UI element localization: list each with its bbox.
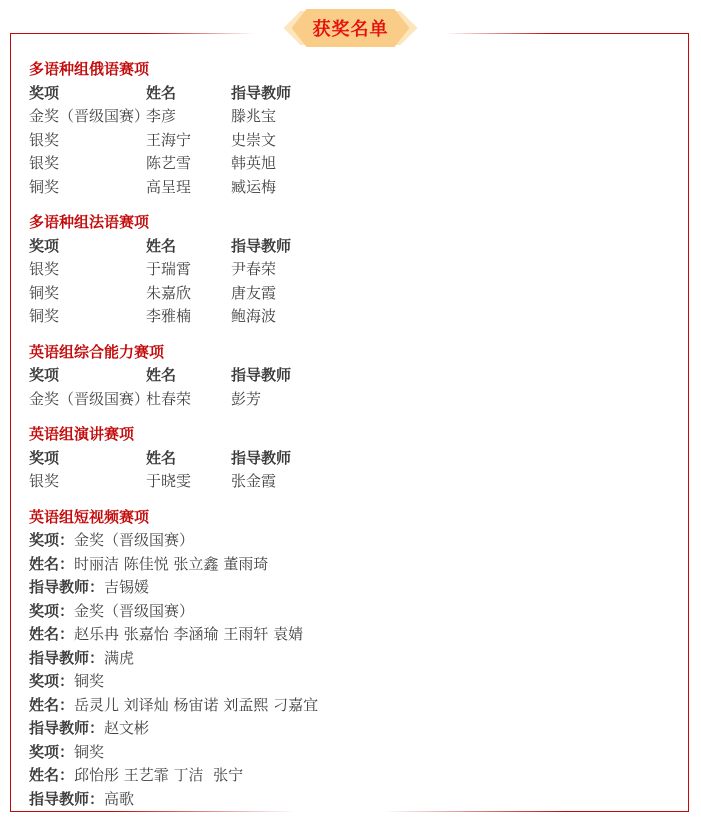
award-section-list: 英语组短视频赛项奖项：金奖（晋级国赛）姓名：时丽洁 陈佳悦 张立鑫 董雨琦指导教… (29, 506, 670, 812)
teacher-cell: 滕兆宝 (231, 105, 670, 129)
entry-line: 奖项：铜奖 (29, 741, 670, 765)
entry-value: 高歌 (104, 790, 134, 808)
table-row: 银奖陈艺雪韩英旭 (29, 152, 670, 176)
name-cell: 王海宁 (146, 129, 231, 153)
teacher-cell: 韩英旭 (231, 152, 670, 176)
section-title: 英语组演讲赛项 (29, 423, 670, 447)
name-cell: 杜春荣 (146, 388, 231, 412)
section-title: 英语组综合能力赛项 (29, 341, 670, 365)
entry-label: 指导教师： (29, 790, 104, 808)
award-cell: 金奖（晋级国赛） (29, 388, 146, 412)
entry-label: 姓名： (29, 696, 74, 714)
teacher-cell: 史崇文 (231, 129, 670, 153)
entry-value: 吉锡媛 (104, 578, 149, 596)
entry-line: 指导教师：满虎 (29, 647, 670, 671)
entry-line: 奖项：金奖（晋级国赛） (29, 600, 670, 624)
entry-label: 奖项： (29, 531, 74, 549)
entry-value: 金奖（晋级国赛） (74, 531, 194, 549)
teacher-cell: 唐友霞 (231, 282, 670, 306)
award-cell: 银奖 (29, 129, 146, 153)
entry-label: 指导教师： (29, 649, 104, 667)
table-header-row: 奖项姓名指导教师 (29, 82, 670, 106)
table-header-row: 奖项姓名指导教师 (29, 447, 670, 471)
award-cell: 铜奖 (29, 282, 146, 306)
badge-title: 获奖名单 (313, 15, 389, 41)
award-cell: 铜奖 (29, 176, 146, 200)
entry-line: 姓名：时丽洁 陈佳悦 张立鑫 董雨琦 (29, 553, 670, 577)
column-header-name: 姓名 (146, 82, 231, 106)
award-section: 英语组演讲赛项奖项姓名指导教师银奖于晓雯张金霞 (29, 423, 670, 494)
award-cell: 银奖 (29, 470, 146, 494)
table-header-row: 奖项姓名指导教师 (29, 235, 670, 259)
column-header-award: 奖项 (29, 82, 146, 106)
column-header-award: 奖项 (29, 235, 146, 259)
name-cell: 高呈珵 (146, 176, 231, 200)
entry-line: 姓名：岳灵儿 刘译灿 杨宙诺 刘孟熙 刁嘉宜 (29, 694, 670, 718)
teacher-cell: 鲍海波 (231, 305, 670, 329)
section-title: 英语组短视频赛项 (29, 506, 670, 530)
entry-value: 满虎 (104, 649, 134, 667)
entry-value: 时丽洁 陈佳悦 张立鑫 董雨琦 (74, 555, 268, 573)
column-header-name: 姓名 (146, 235, 231, 259)
name-cell: 于瑞霄 (146, 258, 231, 282)
table-row: 银奖王海宁史崇文 (29, 129, 670, 153)
table-header-row: 奖项姓名指导教师 (29, 364, 670, 388)
entry-label: 姓名： (29, 625, 74, 643)
entry-label: 奖项： (29, 672, 74, 690)
teacher-cell: 臧运梅 (231, 176, 670, 200)
entry-value: 邱怡彤 王艺霏 丁洁 张宁 (74, 766, 243, 784)
entry-value: 金奖（晋级国赛） (74, 602, 194, 620)
award-section: 多语种组法语赛项奖项姓名指导教师银奖于瑞霄尹春荣铜奖朱嘉欣唐友霞铜奖李雅楠鲍海波 (29, 211, 670, 329)
column-header-teacher: 指导教师 (231, 82, 670, 106)
name-cell: 陈艺雪 (146, 152, 231, 176)
name-cell: 李雅楠 (146, 305, 231, 329)
award-section: 多语种组俄语赛项奖项姓名指导教师金奖（晋级国赛）李彦滕兆宝银奖王海宁史崇文银奖陈… (29, 58, 670, 199)
entry-label: 姓名： (29, 555, 74, 573)
award-cell: 银奖 (29, 258, 146, 282)
entry-value: 岳灵儿 刘译灿 杨宙诺 刘孟熙 刁嘉宜 (74, 696, 318, 714)
entry-value: 赵文彬 (104, 719, 149, 737)
entry-value: 铜奖 (74, 672, 104, 690)
table-row: 银奖于晓雯张金霞 (29, 470, 670, 494)
award-list-content: 多语种组俄语赛项奖项姓名指导教师金奖（晋级国赛）李彦滕兆宝银奖王海宁史崇文银奖陈… (11, 33, 688, 811)
award-announcement-page: 获奖名单 多语种组俄语赛项奖项姓名指导教师金奖（晋级国赛）李彦滕兆宝银奖王海宁史… (0, 0, 701, 825)
table-row: 铜奖高呈珵臧运梅 (29, 176, 670, 200)
table-row: 银奖于瑞霄尹春荣 (29, 258, 670, 282)
column-header-teacher: 指导教师 (231, 447, 670, 471)
name-cell: 李彦 (146, 105, 231, 129)
name-cell: 于晓雯 (146, 470, 231, 494)
table-row: 铜奖李雅楠鲍海波 (29, 305, 670, 329)
entry-line: 指导教师：赵文彬 (29, 717, 670, 741)
entry-label: 姓名： (29, 766, 74, 784)
entry-line: 指导教师：吉锡媛 (29, 576, 670, 600)
entry-label: 指导教师： (29, 578, 104, 596)
entry-label: 奖项： (29, 602, 74, 620)
column-header-name: 姓名 (146, 447, 231, 471)
column-header-teacher: 指导教师 (231, 364, 670, 388)
entry-label: 指导教师： (29, 719, 104, 737)
teacher-cell: 尹春荣 (231, 258, 670, 282)
column-header-name: 姓名 (146, 364, 231, 388)
award-cell: 铜奖 (29, 305, 146, 329)
teacher-cell: 彭芳 (231, 388, 670, 412)
section-title: 多语种组俄语赛项 (29, 58, 670, 82)
entry-value: 赵乐冉 张嘉怡 李涵瑜 王雨轩 袁婧 (74, 625, 303, 643)
name-cell: 朱嘉欣 (146, 282, 231, 306)
teacher-cell: 张金霞 (231, 470, 670, 494)
table-row: 金奖（晋级国赛）李彦滕兆宝 (29, 105, 670, 129)
table-row: 金奖（晋级国赛）杜春荣彭芳 (29, 388, 670, 412)
entry-line: 姓名：赵乐冉 张嘉怡 李涵瑜 王雨轩 袁婧 (29, 623, 670, 647)
award-cell: 银奖 (29, 152, 146, 176)
table-row: 铜奖朱嘉欣唐友霞 (29, 282, 670, 306)
entry-line: 指导教师：高歌 (29, 788, 670, 812)
award-section: 英语组综合能力赛项奖项姓名指导教师金奖（晋级国赛）杜春荣彭芳 (29, 341, 670, 412)
entry-line: 姓名：邱怡彤 王艺霏 丁洁 张宁 (29, 764, 670, 788)
ribbon-banner: 获奖名单 (292, 9, 410, 47)
entry-label: 奖项： (29, 743, 74, 761)
column-header-teacher: 指导教师 (231, 235, 670, 259)
column-header-award: 奖项 (29, 364, 146, 388)
award-cell: 金奖（晋级国赛） (29, 105, 146, 129)
award-list-panel: 多语种组俄语赛项奖项姓名指导教师金奖（晋级国赛）李彦滕兆宝银奖王海宁史崇文银奖陈… (10, 33, 689, 812)
section-title: 多语种组法语赛项 (29, 211, 670, 235)
entry-line: 奖项：铜奖 (29, 670, 670, 694)
entry-line: 奖项：金奖（晋级国赛） (29, 529, 670, 553)
award-list-badge: 获奖名单 (284, 9, 418, 47)
column-header-award: 奖项 (29, 447, 146, 471)
entry-value: 铜奖 (74, 743, 104, 761)
